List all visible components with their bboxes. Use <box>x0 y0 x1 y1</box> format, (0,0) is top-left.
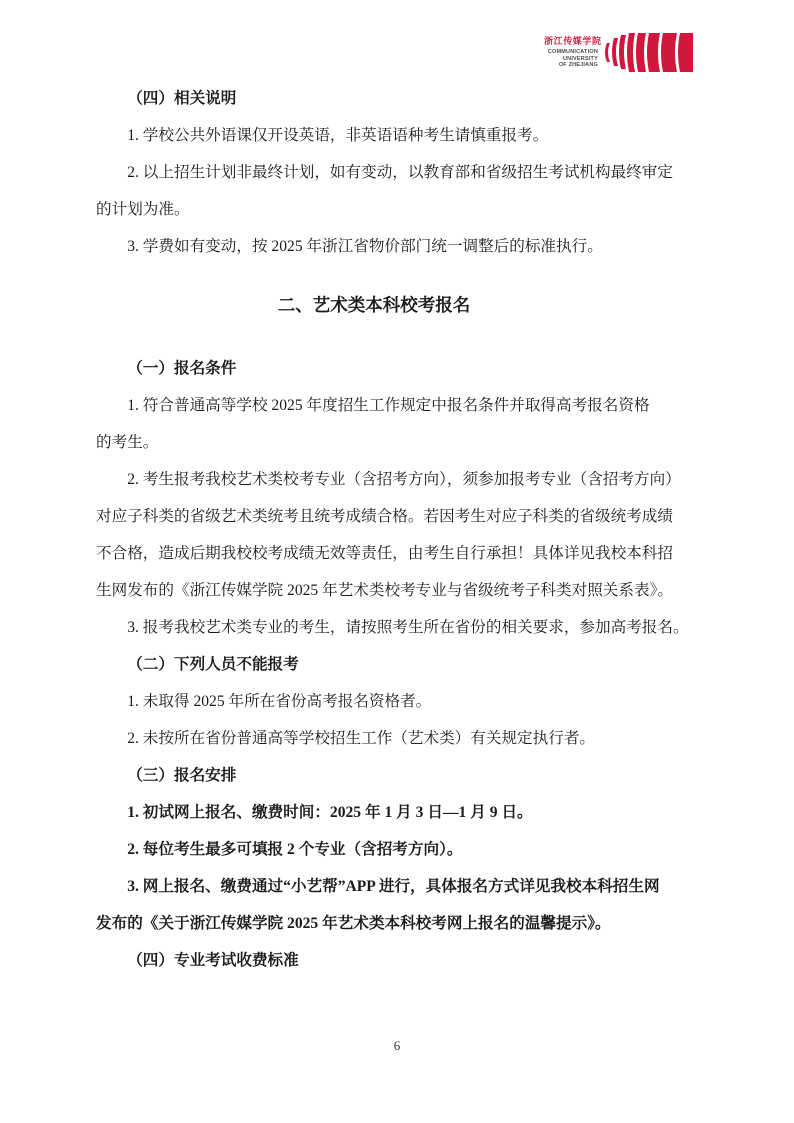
chapter-title: 二、艺术类本科校考报名 <box>96 285 652 325</box>
para-condition-1: 1. 符合普通高等学校 2025 年度招生工作规定中报名条件并取得高考报名资格 … <box>96 387 698 461</box>
para-tuition-note: 3. 学费如有变动，按 2025 年浙江省物价部门统一调整后的标准执行。 <box>96 228 698 265</box>
heading-related-notes: （四）相关说明 <box>96 80 698 117</box>
heading-registration-schedule: （三）报名安排 <box>96 757 698 794</box>
para-schedule-3: 3. 网上报名、缴费通过“小艺帮”APP 进行，具体报名方式详见我校本科招生网 … <box>96 868 698 942</box>
para-plan-change-note: 2. 以上招生计划非最终计划，如有变动，以教育部和省级招生考试机构最终审定 的计… <box>96 154 698 228</box>
para-ineligible-1: 1. 未取得 2025 年所在省份高考报名资格者。 <box>96 683 698 720</box>
document-body: （四）相关说明 1. 学校公共外语课仅开设英语，非英语语种考生请慎重报考。 2.… <box>0 0 794 1123</box>
para-condition-2: 2. 考生报考我校艺术类校考专业（含招考方向），须参加报考专业（含招考方向） 对… <box>96 461 698 609</box>
para-schedule-1: 1. 初试网上报名、缴费时间：2025 年 1 月 3 日—1 月 9 日。 <box>96 794 698 831</box>
page-number: 6 <box>0 1038 794 1054</box>
para-english-course-note: 1. 学校公共外语课仅开设英语，非英语语种考生请慎重报考。 <box>96 117 698 154</box>
document-page: 浙江传媒学院 COMMUNICATION UNIVERSITY OF ZHEJI… <box>0 0 794 1123</box>
heading-ineligible: （二）下列人员不能报考 <box>96 646 698 683</box>
heading-exam-fee: （四）专业考试收费标准 <box>96 942 698 979</box>
para-ineligible-2: 2. 未按所在省份普通高等学校招生工作（艺术类）有关规定执行者。 <box>96 720 698 757</box>
para-schedule-2: 2. 每位考生最多可填报 2 个专业（含招考方向）。 <box>96 831 698 868</box>
para-condition-3: 3. 报考我校艺术类专业的考生，请按照考生所在省份的相关要求，参加高考报名。 <box>96 609 698 646</box>
heading-registration-conditions: （一）报名条件 <box>96 350 698 387</box>
